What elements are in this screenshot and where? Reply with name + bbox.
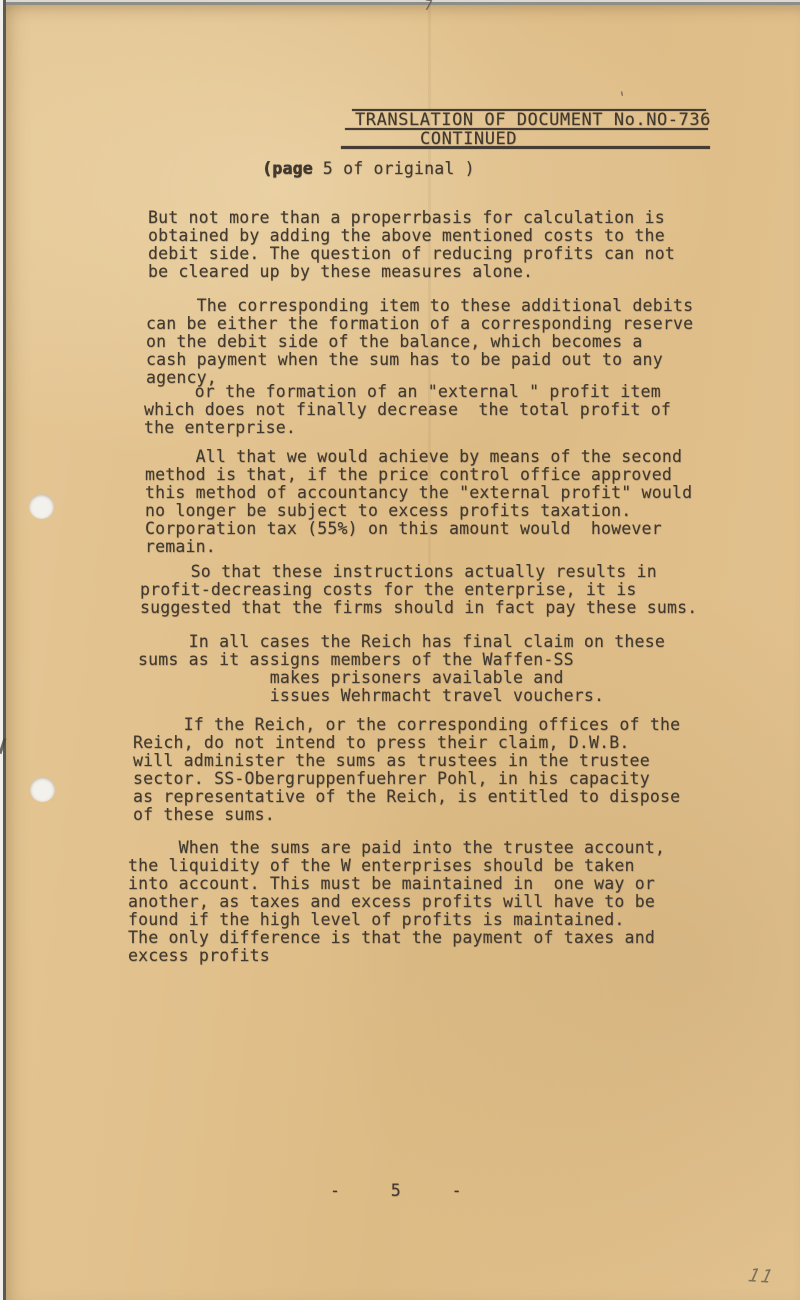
scanned-document-page: TRANSLATION OF DOCUMENT No.NO-736 CONTIN…	[0, 0, 800, 1300]
scan-edge-top	[0, 0, 800, 5]
paragraph-8: When the sums are paid into the trustee …	[128, 839, 665, 965]
header-underline	[345, 128, 708, 130]
header-title: TRANSLATION OF DOCUMENT No.NO-736	[355, 111, 711, 129]
punch-hole-bottom	[30, 777, 55, 802]
paragraph-7: If the Reich, or the corresponding offic…	[133, 716, 680, 824]
paragraph-6: In all cases the Reich has final claim o…	[138, 633, 665, 705]
paragraph-4: All that we would achieve by means of th…	[145, 448, 692, 556]
page-note-rest: 5 of original )	[313, 159, 475, 178]
paragraph-5: So that these instructions actually resu…	[140, 563, 697, 617]
paragraph-1: But not more than a properrbasis for cal…	[148, 209, 675, 281]
paragraph-2: The corresponding item to these addition…	[146, 297, 693, 387]
paragraph-3: or the formation of an "external " profi…	[144, 383, 671, 437]
page-note: (page 5 of original )	[262, 160, 475, 178]
punch-hole-top	[29, 494, 54, 519]
header-bottom-rule	[341, 146, 710, 149]
scan-edge-left	[0, 0, 6, 1300]
page-note-lead: (page	[262, 159, 313, 178]
page-number-footer: - 5 -	[330, 1182, 462, 1200]
